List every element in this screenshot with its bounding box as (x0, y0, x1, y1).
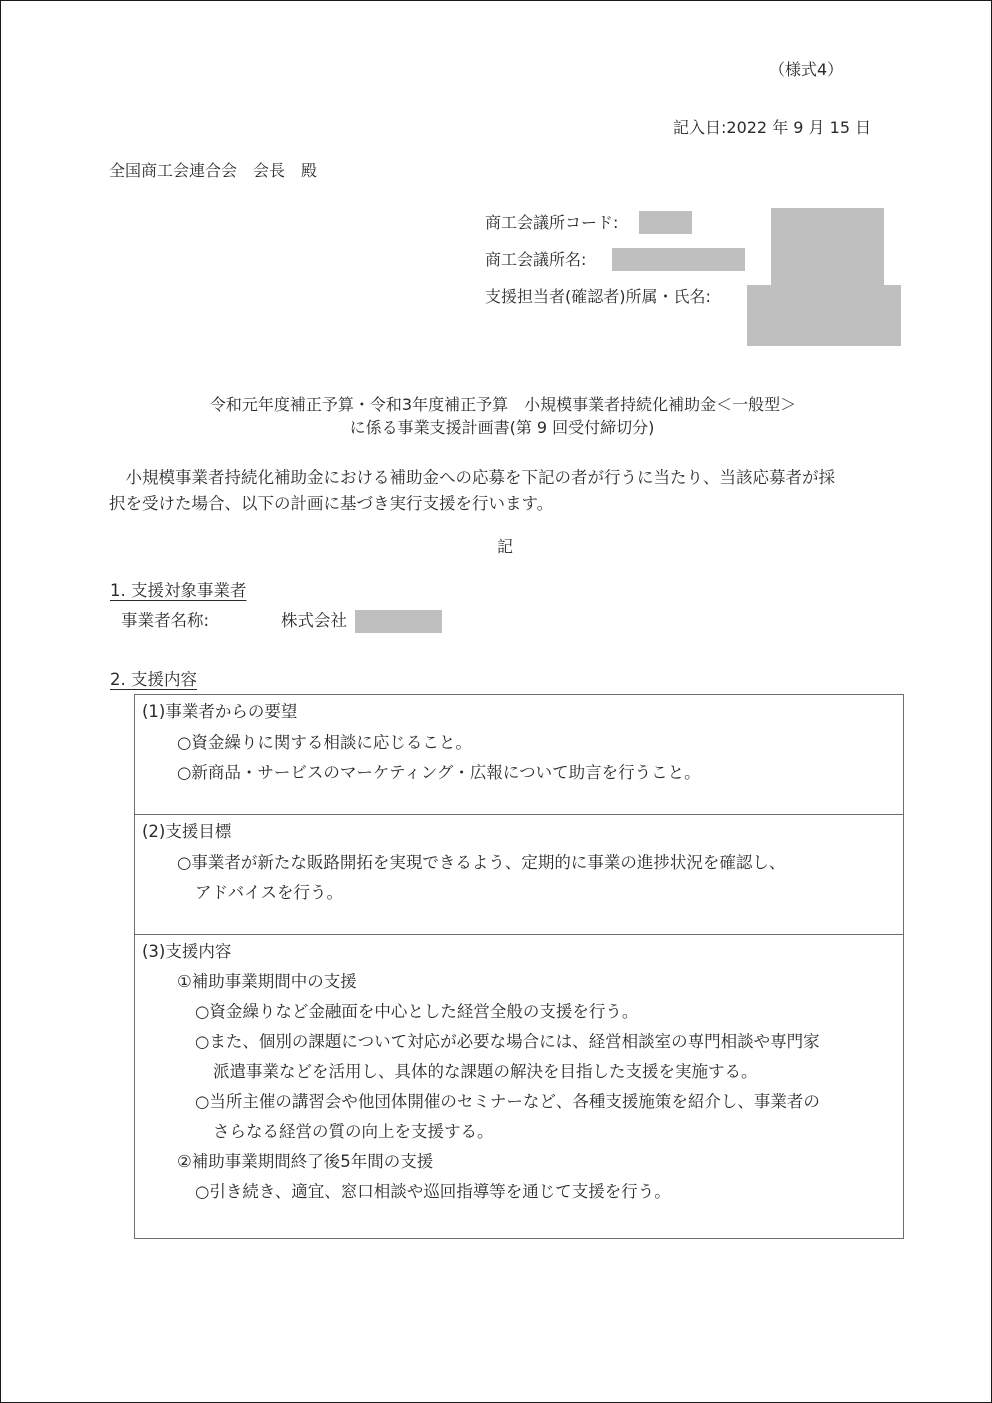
phase1-item-3: ○当所主催の講習会や他団体開催のセミナーなど、各種支援施策を紹介し、事業者の (195, 1091, 820, 1113)
phase1-title: ①補助事業期間中の支援 (177, 971, 357, 993)
phase1-item-2-cont: 派遣事業などを活用し、具体的な課題の解決を目指した支援を実施する。 (213, 1061, 758, 1083)
chamber-code-label: 商工会議所コード: (485, 213, 618, 233)
phase1-item-3-cont: さらなる経営の質の向上を支援する。 (213, 1121, 494, 1143)
business-name-value: 株式会社 (281, 610, 347, 632)
goals-item-1-cont: アドバイスを行う。 (195, 882, 343, 904)
goals-title: (2)支援目標 (142, 821, 231, 843)
document-title-line1: 令和元年度補正予算・令和3年度補正予算 小規模事業者持続化補助金＜一般型＞ (1, 395, 992, 415)
stamp-redaction (771, 208, 884, 286)
phase2-title: ②補助事業期間終了後5年間の支援 (177, 1151, 433, 1173)
form-number: （様式4） (769, 60, 843, 80)
intro-line2: 択を受けた場合、以下の計画に基づき実行支援を行います。 (109, 493, 553, 515)
contents-title: (3)支援内容 (142, 941, 231, 963)
goals-item-1: ○事業者が新たな販路開拓を実現できるよう、定期的に事業の進捗状況を確認し、 (177, 852, 785, 874)
section1-heading: 1. 支援対象事業者 (110, 580, 247, 602)
contact-person-label: 支援担当者(確認者)所属・氏名: (485, 287, 711, 307)
contents-cell: (3)支援内容 ①補助事業期間中の支援 ○資金繰りなど金融面を中心とした経営全般… (135, 935, 903, 1237)
document-title-line2: に係る事業支援計画書(第 9 回受付締切分) (1, 418, 992, 438)
requests-title: (1)事業者からの要望 (142, 701, 297, 723)
requests-item-2: ○新商品・サービスのマーケティング・広報について助言を行うこと。 (177, 762, 701, 784)
document-page: （様式4） 記入日:2022 年 9 月 15 日 全国商工会連合会 会長 殿 … (0, 0, 992, 1403)
phase2-item-1: ○引き続き、適宜、窓口相談や巡回指導等を通じて支援を行う。 (195, 1181, 671, 1203)
requests-item-1: ○資金繰りに関する相談に応じること。 (177, 732, 472, 754)
contact-person-redaction (747, 285, 901, 346)
entry-date: 記入日:2022 年 9 月 15 日 (673, 118, 871, 138)
section2-heading: 2. 支援内容 (110, 669, 197, 691)
goals-cell: (2)支援目標 ○事業者が新たな販路開拓を実現できるよう、定期的に事業の進捗状況… (135, 815, 903, 935)
chamber-name-redaction (612, 248, 745, 271)
phase1-item-1: ○資金繰りなど金融面を中心とした経営全般の支援を行う。 (195, 1001, 638, 1023)
business-name-redaction (355, 610, 442, 633)
requests-cell: (1)事業者からの要望 ○資金繰りに関する相談に応じること。 ○新商品・サービス… (135, 695, 903, 815)
support-content-table: (1)事業者からの要望 ○資金繰りに関する相談に応じること。 ○新商品・サービス… (134, 694, 904, 1239)
chamber-name-label: 商工会議所名: (485, 250, 586, 270)
chamber-code-redaction (639, 211, 692, 234)
addressee: 全国商工会連合会 会長 殿 (109, 161, 317, 181)
intro-line1: 小規模事業者持続化補助金における補助金への応募を下記の者が行うに当たり、当該応募… (109, 467, 835, 489)
ki-mark: 記 (497, 537, 513, 557)
business-name-label: 事業者名称: (121, 610, 209, 632)
phase1-item-2: ○また、個別の課題について対応が必要な場合には、経営相談室の専門相談や専門家 (195, 1031, 820, 1053)
